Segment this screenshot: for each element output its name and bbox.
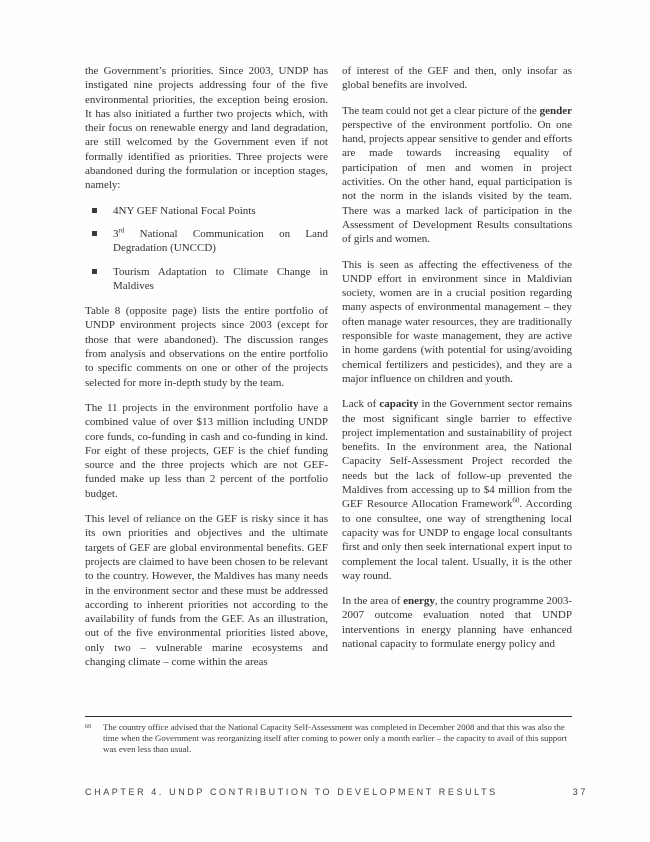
- footnote-divider: [85, 716, 572, 717]
- text-segment: In the area of: [342, 595, 403, 607]
- bullet-item: 4NY GEF National Focal Points: [85, 204, 328, 218]
- bullet-item-text: Tourism Adaptation to Climate Change in …: [113, 266, 328, 292]
- footer-page-number: 37: [573, 787, 588, 797]
- paragraph-capacity: Lack of capacity in the Government secto…: [342, 397, 572, 583]
- document-page: the Government’s priorities. Since 2003,…: [0, 0, 650, 842]
- text-segment: This is seen as affecting the effectiven…: [342, 259, 572, 385]
- bold-term: capacity: [379, 398, 418, 410]
- text-segment: in the Government sector remains the mos…: [342, 398, 572, 510]
- text-segment: The 11 projects in the environment portf…: [85, 402, 328, 500]
- paragraph-energy: In the area of energy, the country progr…: [342, 594, 572, 651]
- bold-term: gender: [540, 105, 572, 117]
- bullet-list: 4NY GEF National Focal Points 3rd Nation…: [85, 204, 328, 293]
- text-segment: Lack of: [342, 398, 379, 410]
- right-column: of interest of the GEF and then, only in…: [342, 64, 572, 669]
- bold-term: energy: [403, 595, 435, 607]
- paragraph-portfolio-value: The 11 projects in the environment portf…: [85, 401, 328, 501]
- paragraph-gef-reliance: This level of reliance on the GEF is ris…: [85, 512, 328, 669]
- text-segment: Table 8 (opposite page) lists the entire…: [85, 305, 328, 388]
- footnote: 60The country office advised that the Na…: [85, 716, 572, 755]
- footnote-text: 60The country office advised that the Na…: [85, 722, 572, 755]
- paragraph-gender: The team could not get a clear picture o…: [342, 104, 572, 247]
- text-segment: of interest of the GEF and then, only in…: [342, 65, 572, 91]
- footnote-body: The country office advised that the Nati…: [103, 722, 567, 754]
- text-segment: This level of reliance on the GEF is ris…: [85, 513, 328, 668]
- text-segment: perspective of the environment portfolio…: [342, 119, 572, 245]
- text-segment: Tourism Adaptation to Climate Change in …: [113, 266, 328, 292]
- bullet-item-text: 3rd National Communication on Land Degra…: [113, 228, 328, 254]
- footer-chapter-title: CHAPTER 4. UNDP CONTRIBUTION TO DEVELOPM…: [85, 787, 498, 797]
- text-segment: The team could not get a clear picture o…: [342, 105, 540, 117]
- page-content: the Government’s priorities. Since 2003,…: [85, 64, 572, 669]
- paragraph-table8: Table 8 (opposite page) lists the entire…: [85, 304, 328, 390]
- bullet-square-icon: [92, 231, 97, 236]
- left-column: the Government’s priorities. Since 2003,…: [85, 64, 328, 669]
- paragraph-gef-interest: of interest of the GEF and then, only in…: [342, 64, 572, 93]
- footnote-marker: 60: [85, 721, 91, 732]
- bullet-item: 3rd National Communication on Land Degra…: [85, 227, 328, 256]
- text-segment: 4NY GEF National Focal Points: [113, 205, 256, 217]
- paragraph-intro: the Government’s priorities. Since 2003,…: [85, 64, 328, 193]
- text-segment: the Government’s priorities. Since 2003,…: [85, 65, 328, 191]
- text-segment: . According to one consultee, one way of…: [342, 498, 572, 581]
- bullet-item: Tourism Adaptation to Climate Change in …: [85, 265, 328, 294]
- page-footer: CHAPTER 4. UNDP CONTRIBUTION TO DEVELOPM…: [85, 787, 588, 797]
- paragraph-women-role: This is seen as affecting the effectiven…: [342, 258, 572, 387]
- bullet-item-text: 4NY GEF National Focal Points: [113, 205, 256, 217]
- bullet-square-icon: [92, 208, 97, 213]
- bullet-square-icon: [92, 269, 97, 274]
- text-segment: National Communication on Land Degradati…: [113, 228, 328, 254]
